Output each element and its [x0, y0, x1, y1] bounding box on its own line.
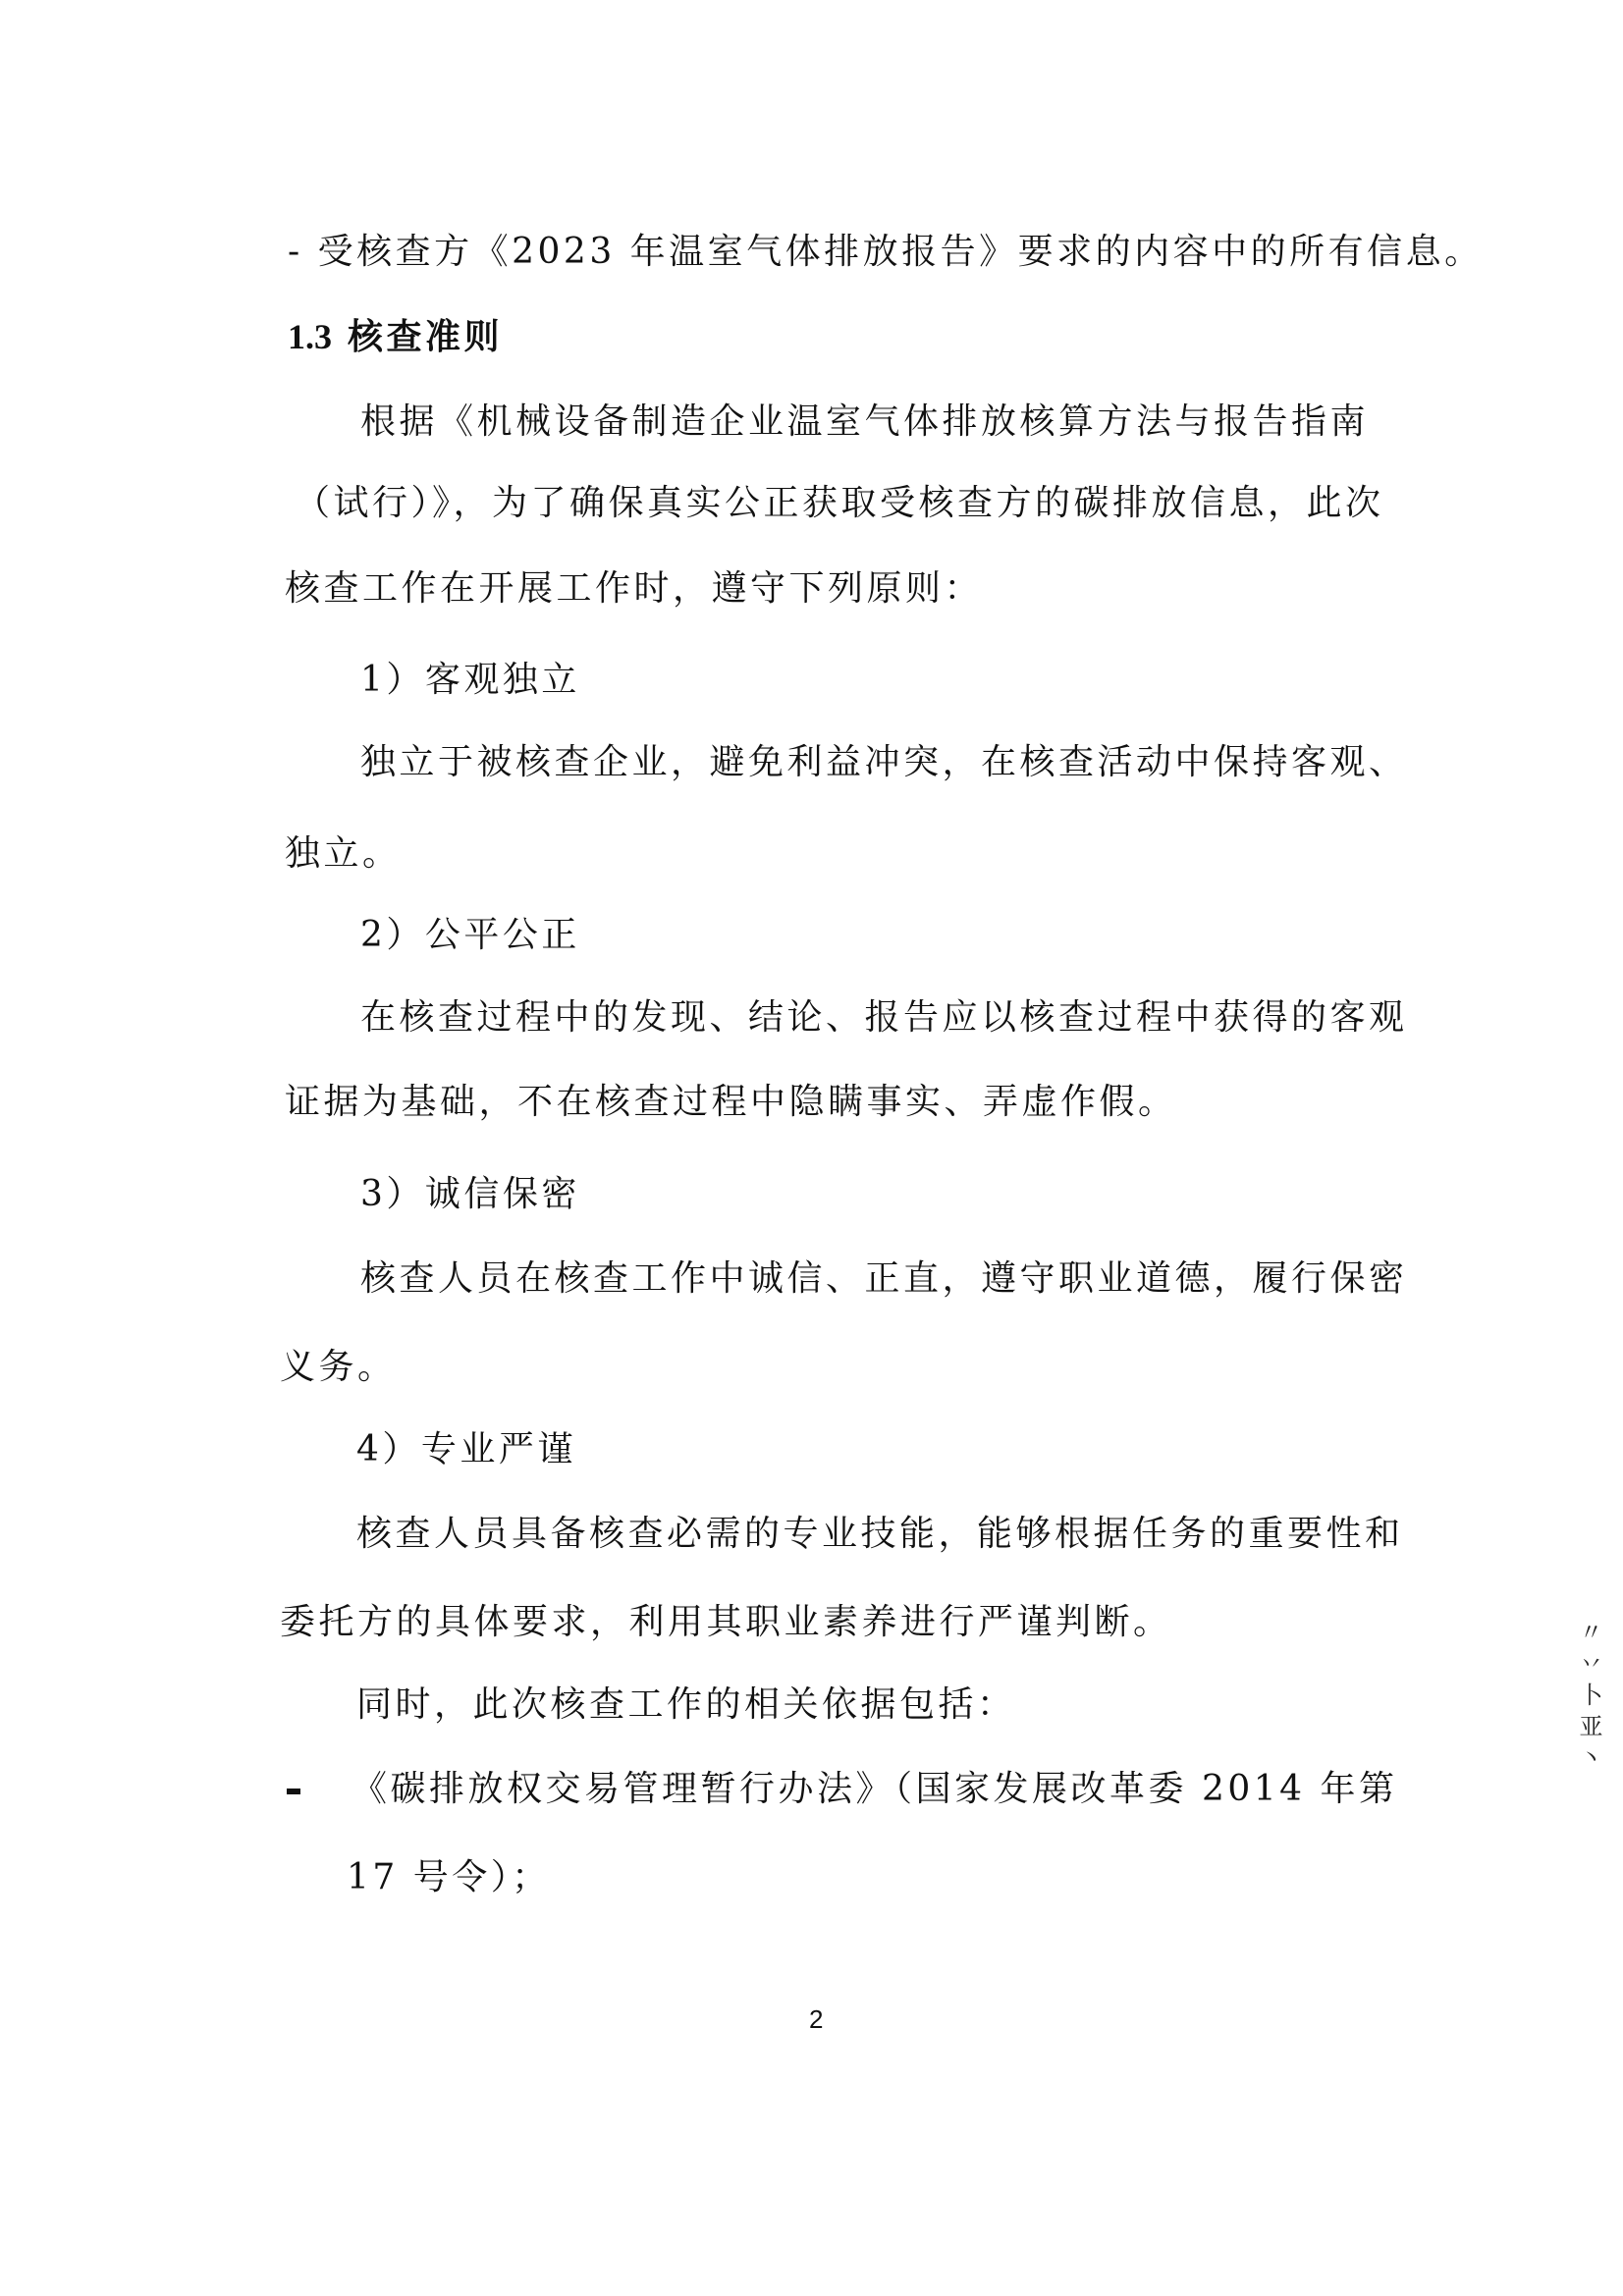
paragraph-line: 根据《机械设备制造企业温室气体排放核算方法与报告指南 — [360, 400, 1369, 444]
page-number: 2 — [809, 2004, 823, 2034]
bullet-dash-icon — [287, 1789, 300, 1794]
paragraph-line: 证据为基础，不在核查过程中隐瞒事实、弄虚作假。 — [285, 1081, 1177, 1124]
section-title: 核查准则 — [348, 316, 503, 357]
document-page: - 受核查方《2023 年温室气体排放报告》要求的内容中的所有信息。 1.3核查… — [0, 0, 1623, 2296]
basis-item-continuation: 17 号令）； — [347, 1856, 551, 1899]
basis-item: 《碳排放权交易管理暂行办法》（国家发展改革委 2014 年第 — [352, 1768, 1398, 1811]
principle-title: 3）诚信保密 — [360, 1173, 580, 1216]
paragraph-line: 义务。 — [280, 1346, 397, 1389]
section-number: 1.3 — [288, 317, 332, 356]
paragraph-line: （试行）》，为了确保真实公正获取受核查方的碳排放信息，此次 — [295, 482, 1384, 525]
paragraph-line: 独立于被核查企业，避免利益冲突，在核查活动中保持客观、 — [360, 741, 1408, 784]
margin-seal-marks: 〃丷卜亚丶 — [1581, 1620, 1610, 1855]
paragraph-line: 委托方的具体要求，利用其职业素养进行严谨判断。 — [280, 1601, 1172, 1644]
paragraph-line: 核查人员在核查工作中诚信、正直，遵守职业道德，履行保密 — [360, 1257, 1408, 1301]
basis-intro: 同时，此次核查工作的相关依据包括： — [356, 1683, 1016, 1727]
paragraph-line: 独立。 — [285, 832, 402, 876]
scope-item: - 受核查方《2023 年温室气体排放报告》要求的内容中的所有信息。 — [288, 231, 1484, 274]
section-heading: 1.3核查准则 — [288, 315, 503, 358]
principle-title: 1）客观独立 — [360, 659, 580, 702]
paragraph-line: 在核查过程中的发现、结论、报告应以核查过程中获得的客观 — [360, 996, 1408, 1040]
principle-title: 4）专业严谨 — [356, 1428, 576, 1471]
paragraph-line: 核查人员具备核查必需的专业技能，能够根据任务的重要性和 — [356, 1513, 1404, 1556]
paragraph-line: 核查工作在开展工作时，遵守下列原则： — [285, 567, 983, 611]
principle-title: 2）公平公正 — [360, 914, 580, 957]
